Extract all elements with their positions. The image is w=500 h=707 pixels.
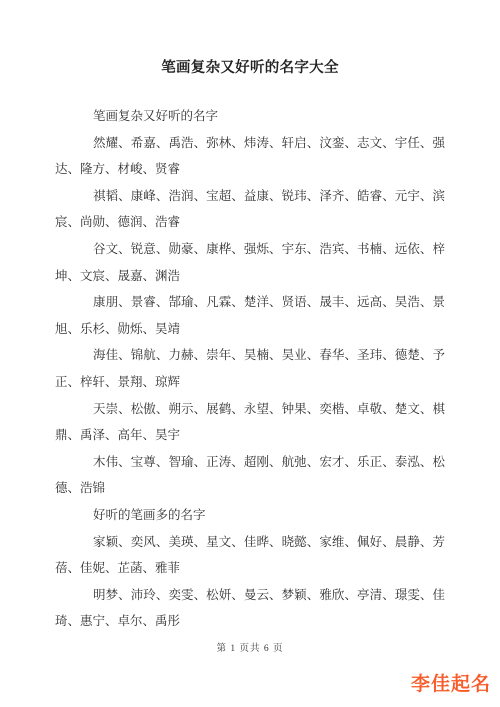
page-number: 第 1 页共 6 页 [0, 640, 500, 654]
document-body: 笔画复杂又好听的名字然耀、希嘉、禹浩、弥林、炜涛、轩启、汶銮、志文、宇任、强达、… [55, 103, 445, 635]
name-list-paragraph: 海佳、锦航、力赫、崇年、昊楠、昊业、春华、圣玮、德楚、予正、梓轩、景翔、琼辉 [55, 342, 445, 395]
document-title: 笔画复杂又好听的名字大全 [0, 56, 500, 77]
name-list-paragraph: 谷文、锐意、勋豪、康桦、强烁、宇东、浩宾、书楠、远依、梓坤、文宸、晟嘉、渊浩 [55, 236, 445, 289]
name-list-paragraph: 家颖、奕风、美瑛、星文、佳晔、晓懿、家维、佩好、晨静、芳蓓、佳妮、芷菡、雅菲 [55, 529, 445, 582]
watermark-logo: 李佳起名 [411, 669, 491, 696]
section-heading: 好听的笔画多的名字 [55, 502, 445, 529]
name-list-paragraph: 明梦、沛玲、奕雯、松妍、曼云、梦颖、雅欣、亭清、璟雯、佳琦、惠宁、卓尔、禹彤 [55, 582, 445, 635]
document-page: 笔画复杂又好听的名字大全 笔画复杂又好听的名字然耀、希嘉、禹浩、弥林、炜涛、轩启… [0, 0, 500, 707]
name-list-paragraph: 然耀、希嘉、禹浩、弥林、炜涛、轩启、汶銮、志文、宇任、强达、隆方、材峻、贤睿 [55, 130, 445, 183]
name-list-paragraph: 天崇、松傲、朔示、展鹤、永望、钟果、奕楷、卓敬、楚文、棋鼎、禹泽、高年、昊宇 [55, 396, 445, 449]
section-heading: 笔画复杂又好听的名字 [55, 103, 445, 130]
name-list-paragraph: 祺韬、康峰、浩润、宝超、益康、锐玮、泽齐、皓睿、元宇、滨宸、尚勋、德润、浩睿 [55, 183, 445, 236]
name-list-paragraph: 木伟、宝尊、智瑜、正涛、超刚、航弛、宏才、乐正、泰泓、松德、浩锦 [55, 449, 445, 502]
name-list-paragraph: 康朋、景睿、郜瑜、凡霖、楚洋、贤语、晟丰、远高、昊浩、景旭、乐杉、勋烁、昊靖 [55, 289, 445, 342]
